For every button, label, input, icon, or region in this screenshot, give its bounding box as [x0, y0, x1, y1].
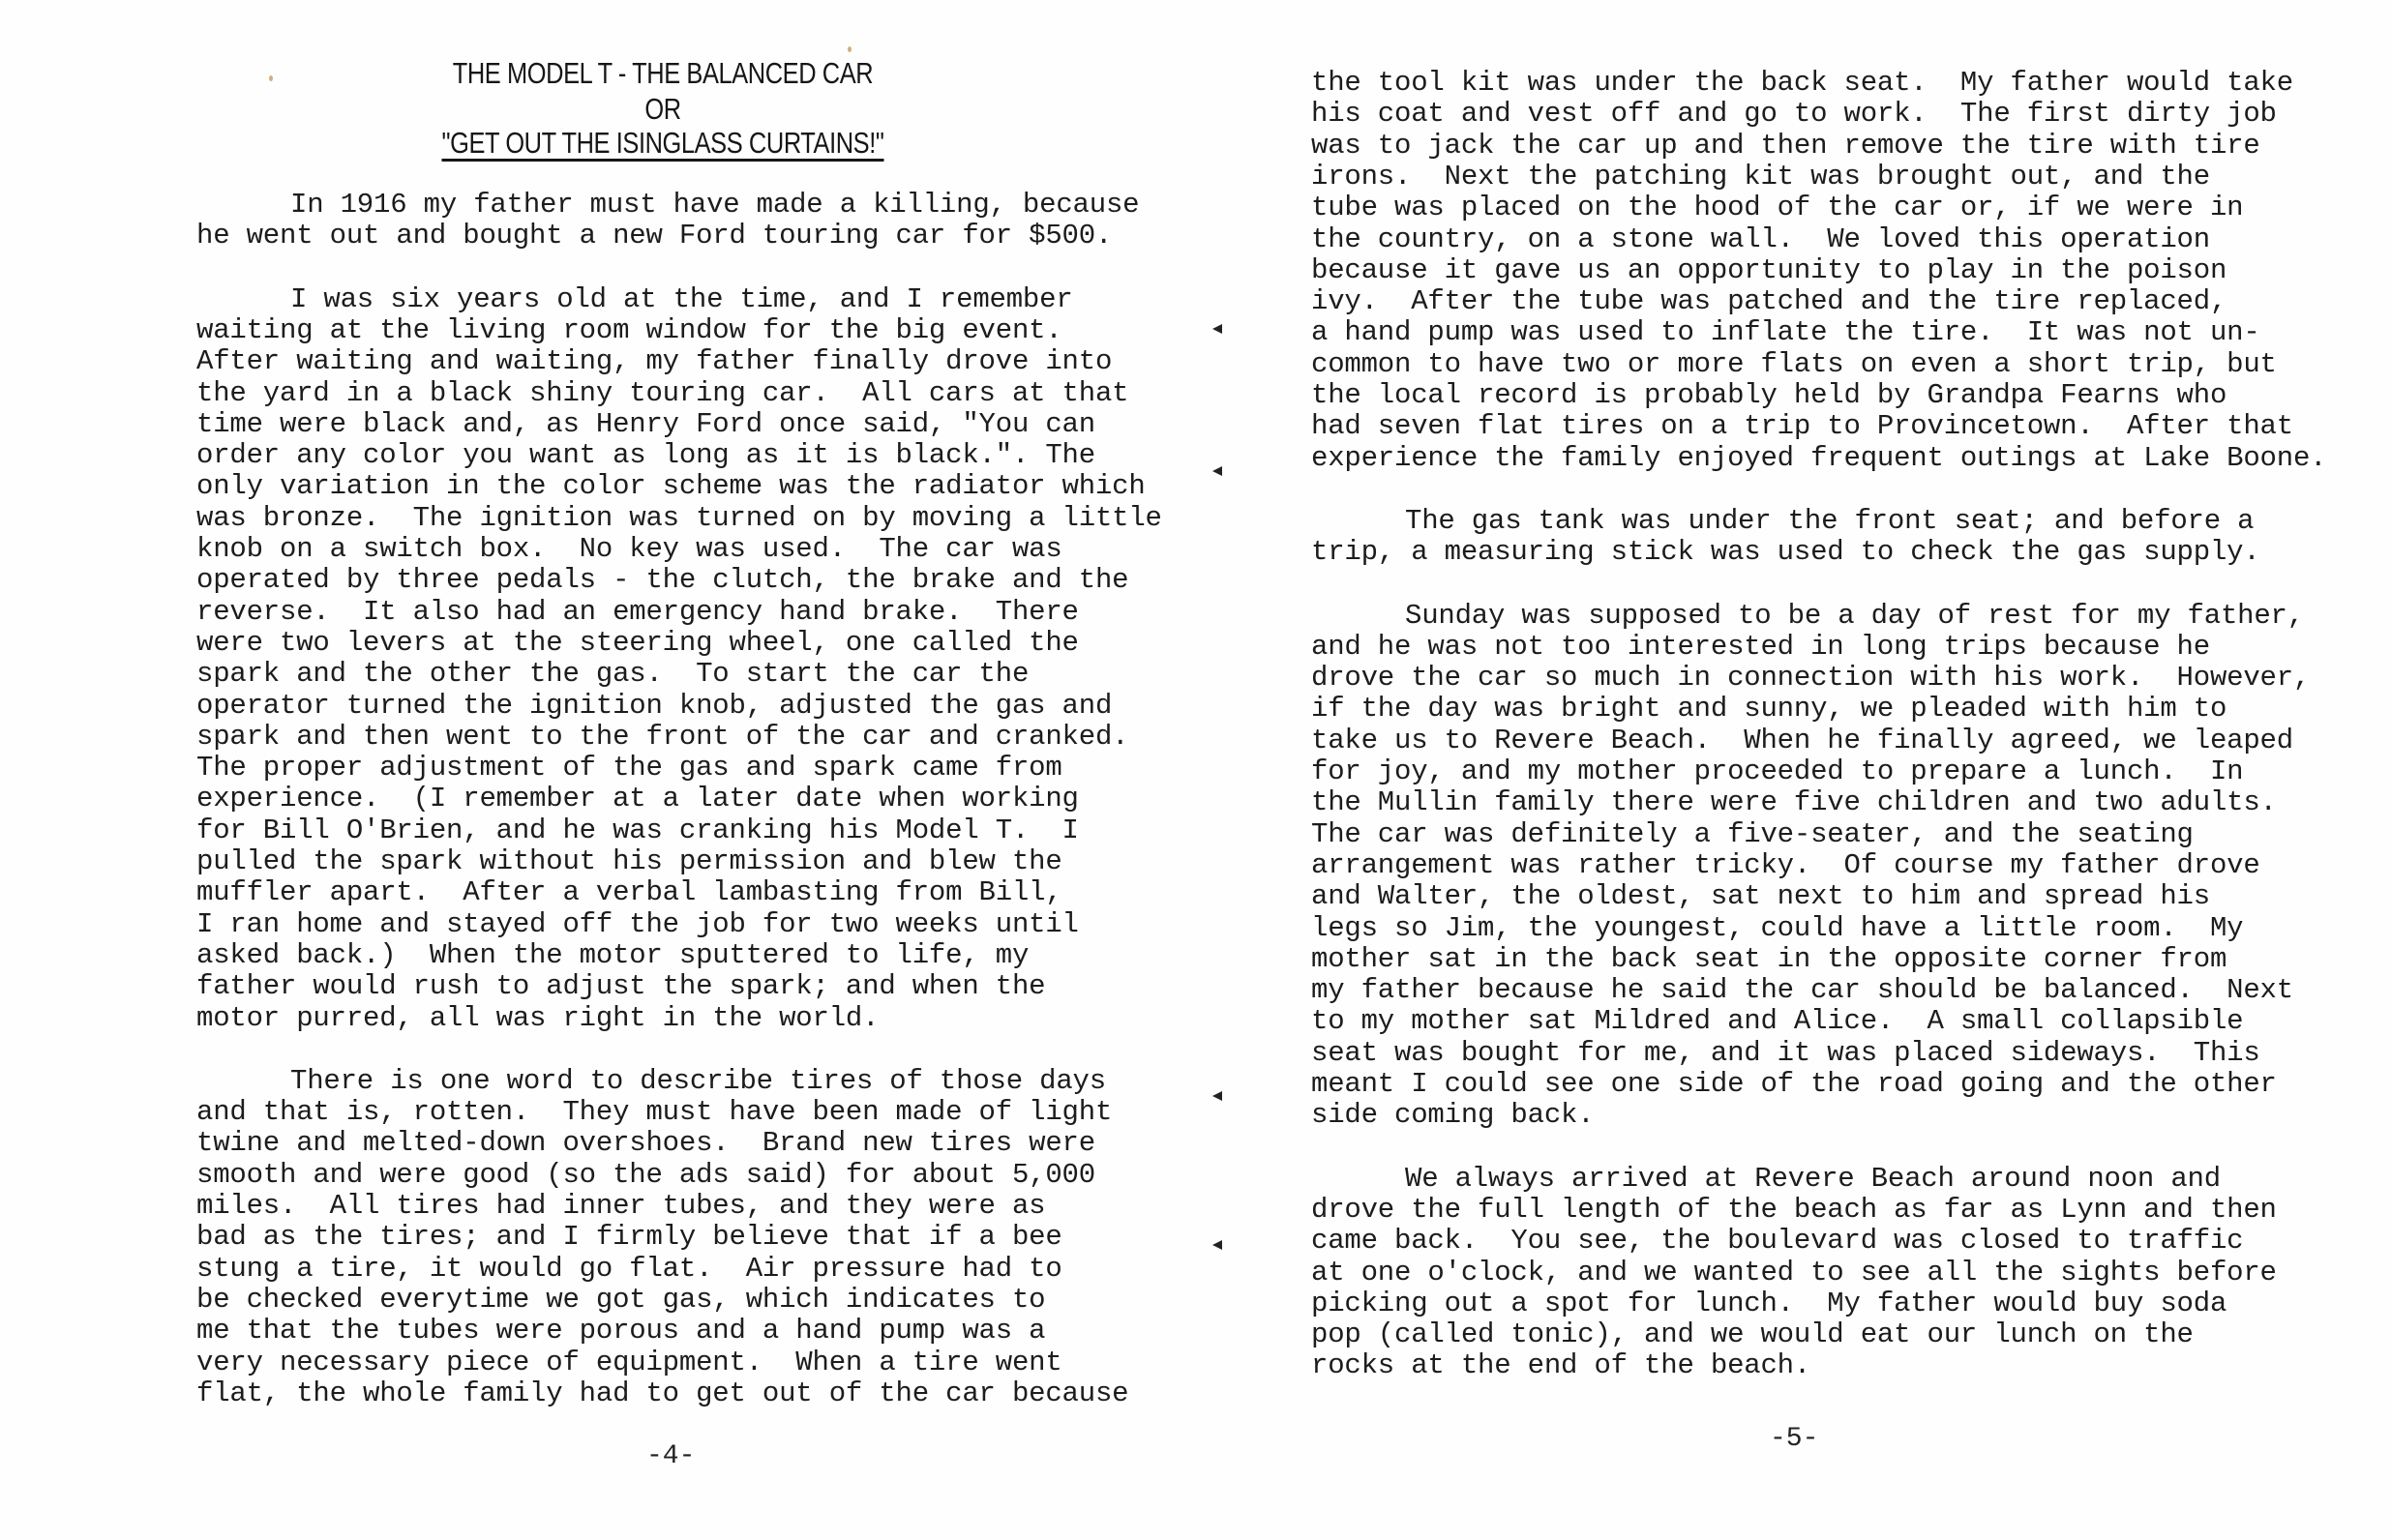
- text-line: pop (called tonic), and we would eat our…: [1311, 1319, 2194, 1350]
- page-5: the tool kit was under the back seat. My…: [1195, 0, 2391, 1540]
- punch-mark-icon: [1212, 1240, 1222, 1250]
- text-line: because it gave us an opportunity to pla…: [1311, 255, 2227, 286]
- title-line-2: OR: [119, 92, 1206, 127]
- text-line: twine and melted-down overshoes. Brand n…: [196, 1128, 1095, 1159]
- text-line: to my mother sat Mildred and Alice. A sm…: [1311, 1006, 2243, 1037]
- text-line: picking out a spot for lunch. My father …: [1311, 1288, 2227, 1319]
- text-line: tube was placed on the hood of the car o…: [1311, 192, 2243, 223]
- title-line-1: THE MODEL T - THE BALANCED CAR: [119, 56, 1206, 91]
- punch-mark-icon: [1212, 324, 1222, 334]
- text-line: motor purred, all was right in the world…: [196, 1003, 879, 1034]
- text-line: for Bill O'Brien, and he was cranking hi…: [196, 815, 1079, 846]
- text-line: be checked everytime we got gas, which i…: [196, 1285, 1045, 1316]
- punch-mark-icon: [1212, 466, 1222, 476]
- page-4: THE MODEL T - THE BALANCED CAR OR "GET O…: [0, 0, 1195, 1540]
- text-line: Sunday was supposed to be a day of rest …: [1405, 601, 2304, 632]
- text-line: and he was not too interested in long tr…: [1311, 632, 2210, 663]
- text-line: his coat and vest off and go to work. Th…: [1311, 99, 2277, 130]
- text-line: waiting at the living room window for th…: [196, 315, 1062, 346]
- text-line: experience the family enjoyed frequent o…: [1311, 443, 2326, 474]
- text-line: stung a tire, it would go flat. Air pres…: [196, 1254, 1062, 1285]
- text-line: seat was bought for me, and it was place…: [1311, 1038, 2260, 1069]
- text-line: The car was definitely a five-seater, an…: [1311, 819, 2194, 850]
- text-line: After waiting and waiting, my father fin…: [196, 346, 1112, 377]
- text-line: if the day was bright and sunny, we plea…: [1311, 694, 2227, 725]
- text-line: I ran home and stayed off the job for tw…: [196, 909, 1079, 940]
- title-line-3-subtitle: "GET OUT THE ISINGLASS CURTAINS!": [119, 126, 1206, 161]
- text-line: operator turned the ignition knob, adjus…: [196, 691, 1112, 722]
- text-line: common to have two or more flats on even…: [1311, 349, 2277, 380]
- text-line: father would rush to adjust the spark; a…: [196, 971, 1045, 1002]
- text-line: reverse. It also had an emergency hand b…: [196, 597, 1079, 628]
- text-line: We always arrived at Revere Beach around…: [1405, 1164, 2221, 1195]
- text-line: was bronze. The ignition was turned on b…: [196, 503, 1162, 534]
- text-line: knob on a switch box. No key was used. T…: [196, 534, 1062, 565]
- page-number-5: -5-: [1770, 1424, 1818, 1454]
- text-line: had seven flat tires on a trip to Provin…: [1311, 411, 2293, 442]
- text-line: my father because he said the car should…: [1311, 975, 2293, 1006]
- text-line: time were black and, as Henry Ford once …: [196, 409, 1095, 440]
- text-line: trip, a measuring stick was used to chec…: [1311, 537, 2260, 568]
- text-line: the tool kit was under the back seat. My…: [1311, 68, 2293, 99]
- text-line: the local record is probably held by Gra…: [1311, 380, 2227, 411]
- text-line: In 1916 my father must have made a killi…: [290, 190, 1139, 221]
- text-line: me that the tubes were porous and a hand…: [196, 1316, 1045, 1347]
- text-line: flat, the whole family had to get out of…: [196, 1378, 1128, 1409]
- text-line: meant I could see one side of the road g…: [1311, 1069, 2277, 1100]
- punch-mark-icon: [1212, 1091, 1222, 1101]
- text-line: irons. Next the patching kit was brought…: [1311, 162, 2210, 192]
- text-line: muffler apart. After a verbal lambasting…: [196, 877, 1062, 908]
- text-line: The proper adjustment of the gas and spa…: [196, 753, 1062, 784]
- text-line: I was six years old at the time, and I r…: [290, 284, 1073, 315]
- text-line: side coming back.: [1311, 1100, 1594, 1131]
- text-line: was to jack the car up and then remove t…: [1311, 131, 2260, 162]
- text-line: the Mullin family there were five childr…: [1311, 787, 2277, 818]
- text-line: pulled the spark without his permission …: [196, 846, 1062, 877]
- text-line: smooth and were good (so the ads said) f…: [196, 1160, 1095, 1191]
- text-line: miles. All tires had inner tubes, and th…: [196, 1191, 1045, 1222]
- text-line: rocks at the end of the beach.: [1311, 1350, 1810, 1381]
- text-line: for joy, and my mother proceeded to prep…: [1311, 756, 2243, 787]
- text-line: legs so Jim, the youngest, could have a …: [1311, 913, 2243, 944]
- text-line: spark and then went to the front of the …: [196, 722, 1128, 753]
- text-line: The gas tank was under the front seat; a…: [1405, 506, 2254, 537]
- text-line: very necessary piece of equipment. When …: [196, 1347, 1062, 1378]
- text-line: order any color you want as long as it i…: [196, 440, 1095, 471]
- text-line: spark and the other the gas. To start th…: [196, 659, 1029, 690]
- text-line: take us to Revere Beach. When he finally…: [1311, 726, 2293, 756]
- paper-stain: [269, 75, 273, 81]
- paper-stain: [848, 46, 852, 52]
- text-line: the yard in a black shiny touring car. A…: [196, 378, 1128, 409]
- text-line: bad as the tires; and I firmly believe t…: [196, 1222, 1062, 1253]
- text-line: There is one word to describe tires of t…: [290, 1066, 1106, 1097]
- text-line: were two levers at the steering wheel, o…: [196, 628, 1079, 659]
- booklet-spread: THE MODEL T - THE BALANCED CAR OR "GET O…: [0, 0, 2391, 1540]
- page-number-4: -4-: [646, 1441, 695, 1471]
- text-line: operated by three pedals - the clutch, t…: [196, 565, 1128, 596]
- text-line: mother sat in the back seat in the oppos…: [1311, 944, 2227, 975]
- text-line: and Walter, the oldest, sat next to him …: [1311, 881, 2210, 912]
- text-line: and that is, rotten. They must have been…: [196, 1097, 1112, 1128]
- text-line: a hand pump was used to inflate the tire…: [1311, 317, 2260, 348]
- text-line: asked back.) When the motor sputtered to…: [196, 940, 1029, 971]
- text-line: only variation in the color scheme was t…: [196, 471, 1146, 502]
- text-line: drove the car so much in connection with…: [1311, 663, 2310, 694]
- text-line: arrangement was rather tricky. Of course…: [1311, 850, 2260, 881]
- text-line: experience. (I remember at a later date …: [196, 784, 1079, 814]
- text-line: the country, on a stone wall. We loved t…: [1311, 224, 2210, 255]
- text-line: at one o'clock, and we wanted to see all…: [1311, 1258, 2277, 1288]
- text-line: ivy. After the tube was patched and the …: [1311, 286, 2227, 317]
- text-line: drove the full length of the beach as fa…: [1311, 1195, 2277, 1226]
- text-line: he went out and bought a new Ford tourin…: [196, 221, 1112, 252]
- text-line: came back. You see, the boulevard was cl…: [1311, 1226, 2243, 1257]
